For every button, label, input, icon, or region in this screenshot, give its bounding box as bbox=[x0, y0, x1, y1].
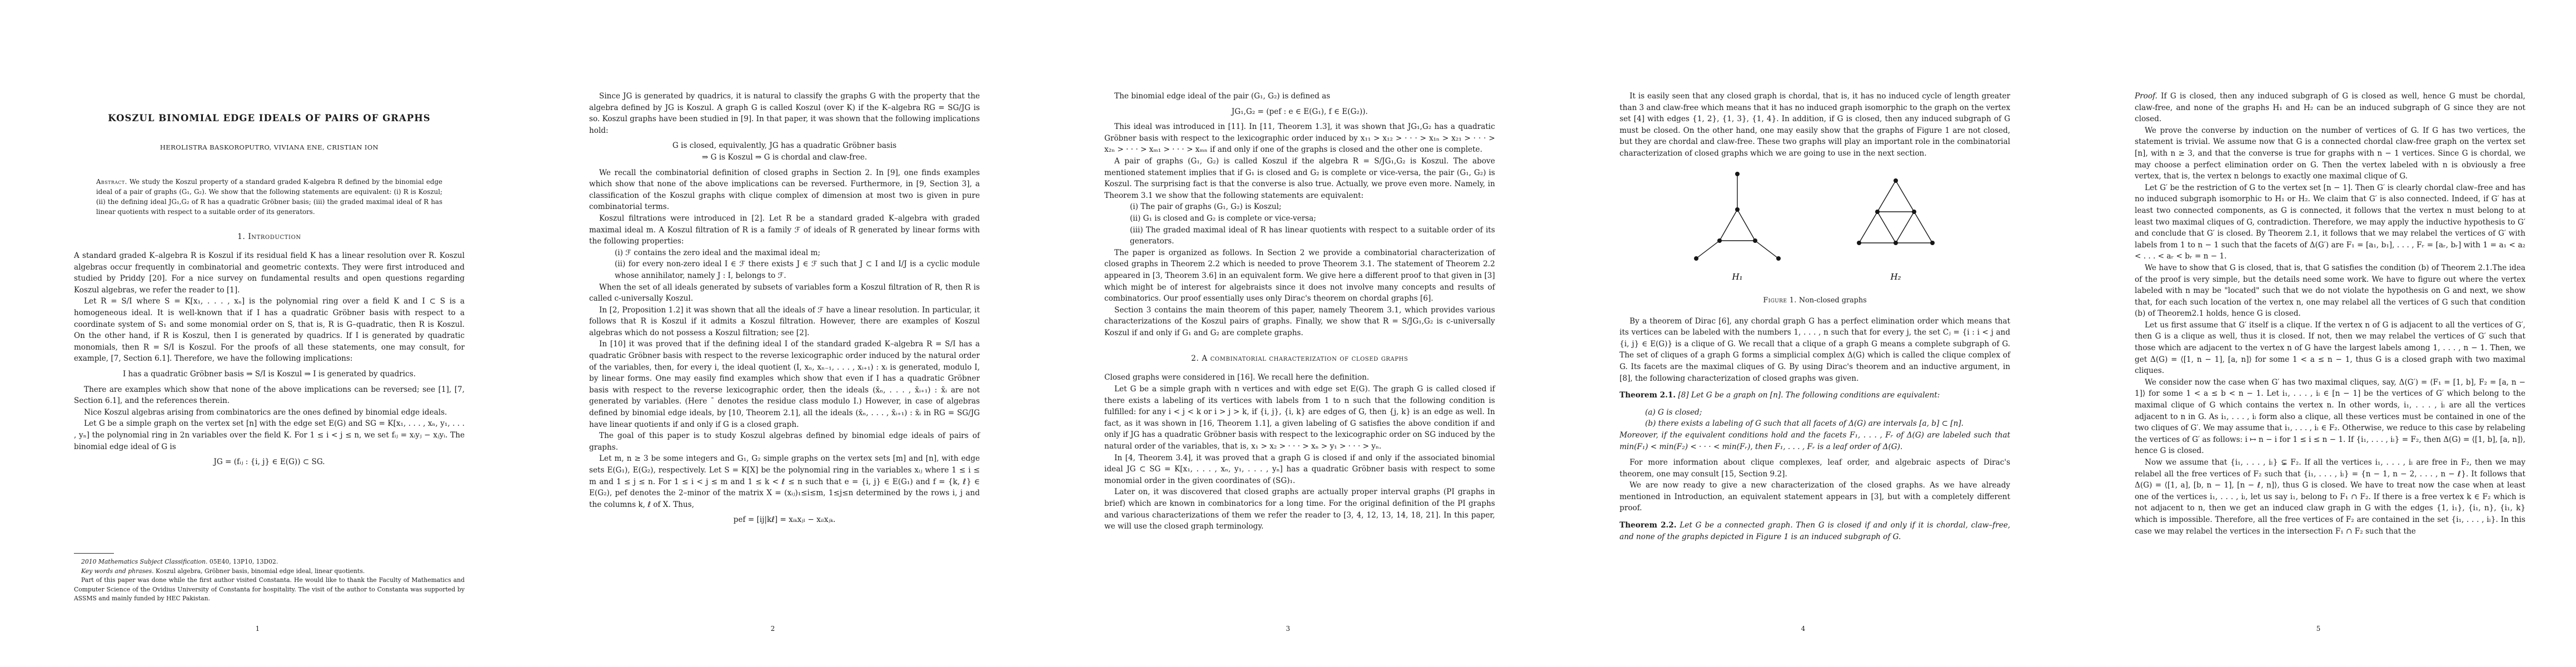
paragraph: When the set of all ideals generated by … bbox=[589, 282, 980, 305]
list-item: (i) The pair of graphs (G₁, G₂) is Koszu… bbox=[1104, 201, 1495, 213]
list-item: (i) ℱ contains the zero ideal and the ma… bbox=[589, 247, 980, 259]
paper-title: KOSZUL BINOMIAL EDGE IDEALS OF PAIRS OF … bbox=[74, 113, 465, 123]
footnote-keywords: Key words and phrases. Koszul algebra, G… bbox=[74, 567, 465, 576]
paragraph: The paper is organized as follows. In Se… bbox=[1104, 247, 1495, 305]
page-number: 5 bbox=[2061, 625, 2576, 633]
page-number: 2 bbox=[515, 625, 1030, 633]
list-item: (iii) The graded maximal ideal of R has … bbox=[1104, 225, 1495, 247]
display-equation: JG = (fᵢⱼ : {i, j} ∈ E(G)) ⊂ SG. bbox=[74, 456, 465, 468]
list-item: (ii) G₁ is closed and G₂ is complete or … bbox=[1104, 213, 1495, 225]
paragraph: We recall the combinatorial definition o… bbox=[589, 167, 980, 213]
paragraph: Since JG is generated by quadrics, it is… bbox=[589, 91, 980, 136]
paper-authors: HEROLISTRA BASKOROPUTRO, VIVIANA ENE, CR… bbox=[74, 143, 465, 151]
abstract-text: We study the Koszul property of a standa… bbox=[96, 178, 442, 216]
paragraph: There are examples which show that none … bbox=[74, 384, 465, 407]
footnote-rule bbox=[74, 553, 114, 554]
paragraph: In [2, Proposition 1.2] it was shown tha… bbox=[589, 305, 980, 339]
figure-1: H₁ H₂ bbox=[1620, 168, 2010, 305]
paragraph: Let G be a simple graph on the vertex se… bbox=[74, 418, 465, 452]
footnote-acknowledgement: Part of this paper was done while the fi… bbox=[74, 576, 465, 604]
graph-h2-label: H₂ bbox=[1890, 272, 1901, 282]
theorem-moreover: Moreover, if the equivalent conditions h… bbox=[1620, 430, 2010, 452]
paragraph: By a theorem of Dirac [6], any chordal g… bbox=[1620, 316, 2010, 385]
page-number: 4 bbox=[1546, 625, 2061, 633]
abstract: Abstract. We study the Koszul property o… bbox=[96, 177, 442, 217]
display-line: G is closed, equivalently, JG has a quad… bbox=[589, 140, 980, 152]
section-heading-introduction: 1. Introduction bbox=[74, 232, 465, 241]
display-equation: pef = [ij|kℓ] = xᵢₖxⱼₗ − xᵢₗxⱼₖ. bbox=[589, 514, 980, 526]
display-line: ⇒ G is Koszul ⇒ G is chordal and claw-fr… bbox=[589, 152, 980, 163]
graph-h1: H₁ bbox=[1694, 172, 1781, 282]
display-equation: JG₁,G₂ = (pef : e ∈ E(G₁), f ∈ E(G₂)). bbox=[1104, 106, 1495, 118]
graph-h1-label: H₁ bbox=[1731, 272, 1742, 282]
page-number: 1 bbox=[0, 625, 515, 633]
section-heading-closed-graphs: 2. A combinatorial characterization of c… bbox=[1104, 354, 1495, 363]
page-3: The binomial edge ideal of the pair (G₁,… bbox=[1030, 0, 1546, 667]
paragraph: Let us first assume that G′ itself is a … bbox=[2135, 320, 2525, 377]
paragraph: A standard graded K–algebra R is Koszul … bbox=[74, 250, 465, 296]
paragraph: The binomial edge ideal of the pair (G₁,… bbox=[1104, 91, 1495, 102]
theorem-2-2: Theorem 2.2. Let G be a connected graph.… bbox=[1620, 520, 2010, 542]
page-number: 3 bbox=[1030, 625, 1546, 633]
page-1: KOSZUL BINOMIAL EDGE IDEALS OF PAIRS OF … bbox=[0, 0, 515, 667]
paragraph: Nice Koszul algebras arising from combin… bbox=[74, 407, 465, 419]
theorem-item-b: (b) there exists a labeling of G such th… bbox=[1620, 418, 2010, 430]
display-equation: I has a quadratic Gröbner basis ⇒ S/I is… bbox=[74, 369, 465, 380]
paragraph: In [4, Theorem 3.4], it was proved that … bbox=[1104, 452, 1495, 487]
paragraph: Koszul filtrations were introduced in [2… bbox=[589, 213, 980, 247]
paragraph: We consider now the case when G′ has two… bbox=[2135, 377, 2525, 457]
paragraph: We are now ready to give a new character… bbox=[1620, 480, 2010, 514]
paragraph: The goal of this paper is to study Koszu… bbox=[589, 430, 980, 453]
page-4: It is easily seen that any closed graph … bbox=[1546, 0, 2061, 667]
page-5: Proof. If G is closed, then any induced … bbox=[2061, 0, 2576, 667]
paragraph: Section 3 contains the main theorem of t… bbox=[1104, 305, 1495, 339]
paragraph: In [10] it was proved that if the defini… bbox=[589, 339, 980, 430]
theorem-item-a: (a) G is closed; bbox=[1620, 407, 2010, 419]
paragraph: Let m, n ≥ 3 be some integers and G₁, G₂… bbox=[589, 453, 980, 510]
paragraph: Closed graphs were considered in [16]. W… bbox=[1104, 372, 1495, 384]
list-item: (ii) for every non-zero ideal I ∈ ℱ ther… bbox=[589, 258, 980, 281]
footnote-block: 2010 Mathematics Subject Classification.… bbox=[74, 553, 465, 604]
abstract-label: Abstract. bbox=[96, 178, 127, 186]
non-closed-graphs-drawing: H₁ H₂ bbox=[1648, 168, 1982, 286]
proof-paragraph: Proof. If G is closed, then any induced … bbox=[2135, 91, 2525, 125]
paragraph: Now we assume that {i₁, . . . , iₗ} ⊊ F₂… bbox=[2135, 457, 2525, 537]
paragraph: A pair of graphs (G₁, G₂) is called Kosz… bbox=[1104, 156, 1495, 201]
paragraph: For more information about clique comple… bbox=[1620, 457, 2010, 480]
footnote-msc: 2010 Mathematics Subject Classification.… bbox=[74, 558, 465, 567]
paragraph: It is easily seen that any closed graph … bbox=[1620, 91, 2010, 160]
paragraph: We have to show that G is closed, that i… bbox=[2135, 262, 2525, 320]
theorem-2-1: Theorem 2.1. [8] Let G be a graph on [n]… bbox=[1620, 390, 2010, 401]
graph-h2: H₂ bbox=[1857, 178, 1935, 282]
paragraph: Let G be a simple graph with n vertices … bbox=[1104, 384, 1495, 452]
page-2: Since JG is generated by quadrics, it is… bbox=[515, 0, 1030, 667]
paragraph: Let R = S/I where S = K[x₁, . . . , xₙ] … bbox=[74, 296, 465, 365]
paragraph: We prove the converse by induction on th… bbox=[2135, 125, 2525, 182]
figure-caption: Figure 1. Non-closed graphs bbox=[1620, 296, 2010, 305]
paragraph: Let G′ be the restriction of G to the ve… bbox=[2135, 182, 2525, 262]
paragraph: Later on, it was discovered that closed … bbox=[1104, 486, 1495, 532]
paragraph: This ideal was introduced in [11]. In [1… bbox=[1104, 121, 1495, 156]
